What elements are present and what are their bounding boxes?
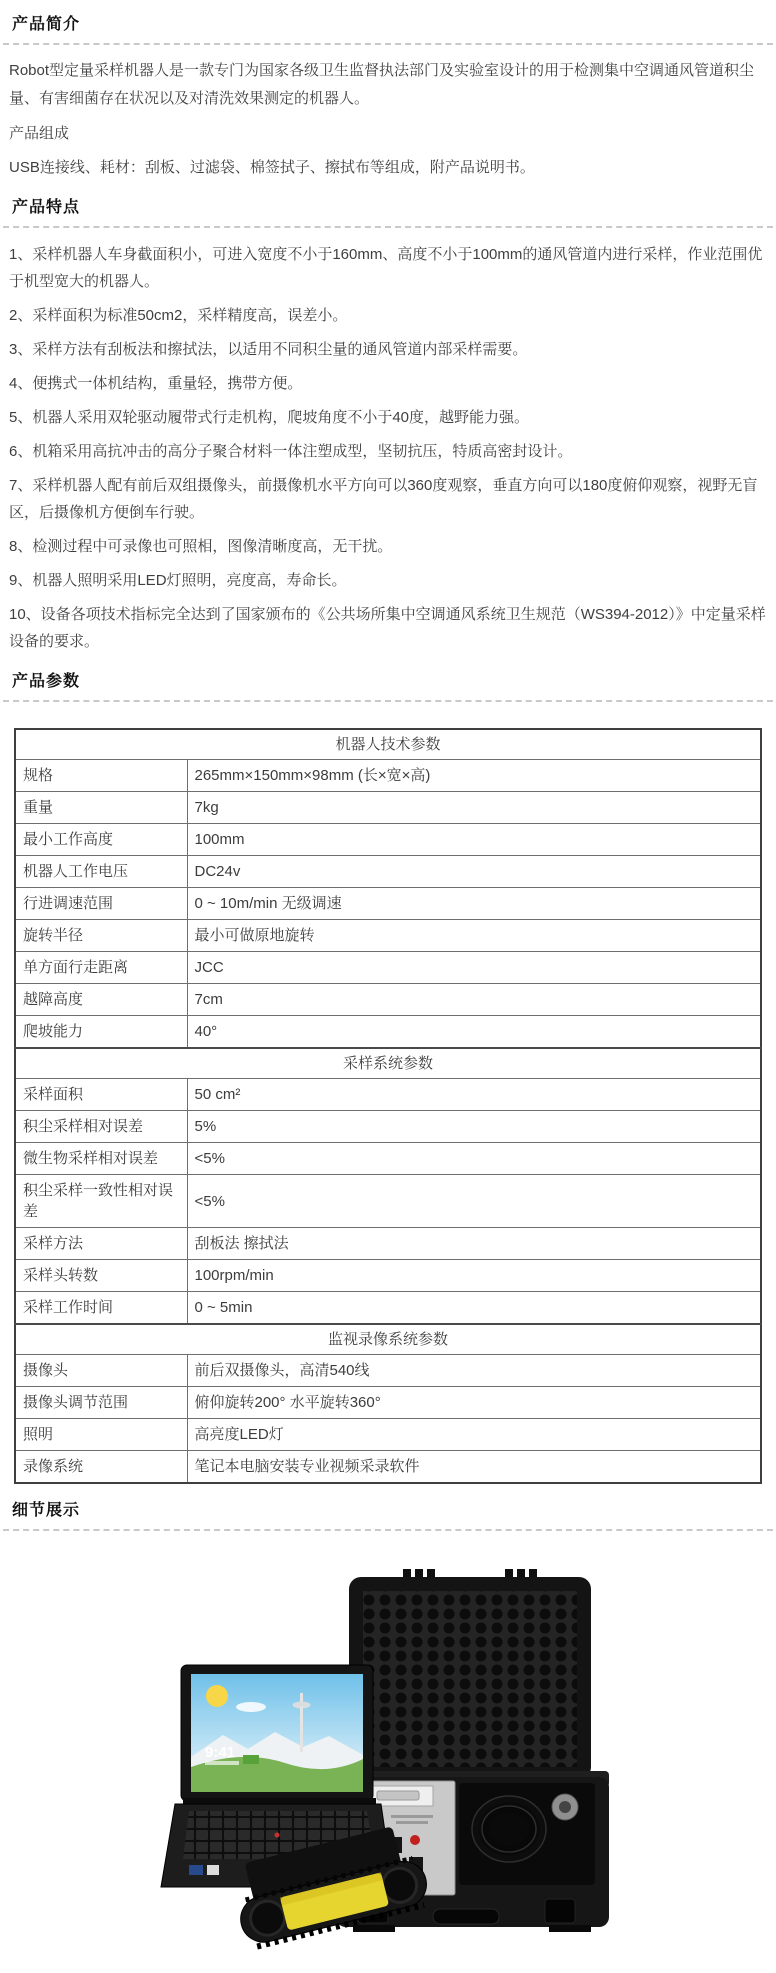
param-label-cell: 录像系统: [15, 1451, 187, 1484]
intro-title: 产品简介: [12, 0, 764, 36]
param-label-cell: 行进调速范围: [15, 888, 187, 920]
param-label-cell: 采样工作时间: [15, 1292, 187, 1325]
table-row: 机器人工作电压 DC24v: [15, 856, 761, 888]
cable-connector: [552, 1794, 578, 1820]
section-features: 产品特点 1、采样机器人车身截面积小，可进入宽度不小于160mm、高度不小于10…: [0, 181, 776, 655]
param-value-cell: 笔记本电脑安装专业视频采录软件: [187, 1451, 761, 1484]
feature-item: 7、采样机器人配有前后双组摄像头，前摄像机水平方向可以360度观察，垂直方向可以…: [9, 472, 767, 526]
table-row: 采样面积 50 cm²: [15, 1079, 761, 1111]
param-label-cell: 机器人工作电压: [15, 856, 187, 888]
param-value-cell: 7kg: [187, 792, 761, 824]
foam-padding: [363, 1591, 577, 1767]
param-value-cell: <5%: [187, 1143, 761, 1175]
param-label-cell: 爬坡能力: [15, 1016, 187, 1049]
feature-item: 1、采样机器人车身截面积小，可进入宽度不小于160mm、高度不小于100mm的通…: [9, 241, 767, 295]
param-value-cell: 0 ~ 5min: [187, 1292, 761, 1325]
features-title: 产品特点: [12, 181, 764, 219]
param-value-cell: 高亮度LED灯: [187, 1419, 761, 1451]
param-label-cell: 摄像头调节范围: [15, 1387, 187, 1419]
param-value-cell: 265mm×150mm×98mm (长×宽×高): [187, 760, 761, 792]
laptop-screen-time: 9:41: [205, 1744, 235, 1761]
param-value-cell: 50 cm²: [187, 1079, 761, 1111]
section-details: 细节展示: [0, 1484, 776, 1973]
param-label-cell: 采样头转数: [15, 1260, 187, 1292]
intro-paragraph: Robot型定量采样机器人是一款专门为国家各级卫生监督执法部门及实验室设计的用于…: [9, 57, 767, 113]
param-value-cell: 100mm: [187, 824, 761, 856]
feature-item: 5、机器人采用双轮驱动履带式行走机构，爬坡角度不小于40度，越野能力强。: [9, 404, 767, 431]
param-label-cell: 照明: [15, 1419, 187, 1451]
laptop-screen: 9:41: [191, 1674, 363, 1792]
table-row: 单方面行走距离 JCC: [15, 952, 761, 984]
param-value-cell: DC24v: [187, 856, 761, 888]
param-label-cell: 采样方法: [15, 1228, 187, 1260]
table-group-header: 采样系统参数: [15, 1048, 761, 1079]
table-row: 爬坡能力 40°: [15, 1016, 761, 1049]
param-label-cell: 旋转半径: [15, 920, 187, 952]
table-group-header-row: 采样系统参数: [15, 1048, 761, 1079]
param-value-cell: 前后双摄像头，高清540线: [187, 1355, 761, 1387]
divider: [3, 226, 773, 228]
product-photo: 9:41: [153, 1565, 623, 1973]
param-value-cell: 最小可做原地旋转: [187, 920, 761, 952]
table-row: 采样头转数 100rpm/min: [15, 1260, 761, 1292]
table-row: 行进调速范围 0 ~ 10m/min 无级调速: [15, 888, 761, 920]
red-button: [410, 1835, 420, 1845]
param-label-cell: 积尘采样相对误差: [15, 1111, 187, 1143]
param-value-cell: 0 ~ 10m/min 无级调速: [187, 888, 761, 920]
param-value-cell: 40°: [187, 1016, 761, 1049]
parameters-table: 机器人技术参数 规格 265mm×150mm×98mm (长×宽×高) 重量 7…: [14, 728, 762, 1484]
table-group-header-row: 监视录像系统参数: [15, 1324, 761, 1355]
param-label-cell: 微生物采样相对误差: [15, 1143, 187, 1175]
param-value-cell: 俯仰旋转200° 水平旋转360°: [187, 1387, 761, 1419]
product-photo-illustration: 9:41: [153, 1565, 623, 1973]
table-group-header-row: 机器人技术参数: [15, 729, 761, 760]
table-row: 采样方法 刮板法 擦拭法: [15, 1228, 761, 1260]
param-label-cell: 采样面积: [15, 1079, 187, 1111]
table-row: 积尘采样相对误差 5%: [15, 1111, 761, 1143]
param-value-cell: 刮板法 擦拭法: [187, 1228, 761, 1260]
param-label-cell: 规格: [15, 760, 187, 792]
feature-item: 9、机器人照明采用LED灯照明，亮度高，寿命长。: [9, 567, 767, 594]
table-row: 规格 265mm×150mm×98mm (长×宽×高): [15, 760, 761, 792]
feature-item: 3、采样方法有刮板法和擦拭法，以适用不同积尘量的通风管道内部采样需要。: [9, 336, 767, 363]
divider: [3, 1529, 773, 1531]
feature-item: 10、设备各项技术指标完全达到了国家颁布的《公共场所集中空调通风系统卫生规范（W…: [9, 601, 767, 655]
param-value-cell: 100rpm/min: [187, 1260, 761, 1292]
feature-item: 2、采样面积为标准50cm2，采样精度高，误差小。: [9, 302, 767, 329]
table-row: 重量 7kg: [15, 792, 761, 824]
case-handle: [433, 1909, 499, 1924]
feature-item: 6、机箱采用高抗冲击的高分子聚合材料一体注塑成型，坚韧抗压，特质高密封设计。: [9, 438, 767, 465]
sun: [206, 1685, 228, 1707]
table-row: 摄像头调节范围 俯仰旋转200° 水平旋转360°: [15, 1387, 761, 1419]
table-group-header: 监视录像系统参数: [15, 1324, 761, 1355]
param-label-cell: 积尘采样一致性相对误差: [15, 1175, 187, 1228]
case-latch: [545, 1899, 575, 1923]
section-parameters: 产品参数 机器人技术参数 规格 265mm×150mm×98mm (长×宽×高)…: [0, 655, 776, 1484]
divider: [3, 700, 773, 702]
table-row: 采样工作时间 0 ~ 5min: [15, 1292, 761, 1325]
table-row: 录像系统 笔记本电脑安装专业视频采录软件: [15, 1451, 761, 1484]
table-group-header: 机器人技术参数: [15, 729, 761, 760]
table-row: 积尘采样一致性相对误差 <5%: [15, 1175, 761, 1228]
table-row: 微生物采样相对误差 <5%: [15, 1143, 761, 1175]
table-row: 越障高度 7cm: [15, 984, 761, 1016]
param-label-cell: 单方面行走距离: [15, 952, 187, 984]
trackpoint: [275, 1833, 280, 1838]
param-label-cell: 重量: [15, 792, 187, 824]
param-label-cell: 越障高度: [15, 984, 187, 1016]
table-row: 旋转半径 最小可做原地旋转: [15, 920, 761, 952]
table-row: 照明 高亮度LED灯: [15, 1419, 761, 1451]
parameters-title: 产品参数: [12, 655, 764, 693]
intro-composition: USB连接线、耗材：刮板、过滤袋、棉签拭子、擦拭布等组成，附产品说明书。: [9, 154, 767, 181]
feature-item: 4、便携式一体机结构，重量轻，携带方便。: [9, 370, 767, 397]
feature-item: 8、检测过程中可录像也可照相，图像清晰度高，无干扰。: [9, 533, 767, 560]
param-value-cell: 7cm: [187, 984, 761, 1016]
intro-subtitle: 产品组成: [9, 120, 767, 147]
param-value-cell: JCC: [187, 952, 761, 984]
param-label-cell: 摄像头: [15, 1355, 187, 1387]
tower: [300, 1706, 303, 1752]
table-row: 最小工作高度 100mm: [15, 824, 761, 856]
case-lid: [349, 1569, 591, 1779]
divider: [3, 43, 773, 45]
table-row: 摄像头 前后双摄像头，高清540线: [15, 1355, 761, 1387]
details-title: 细节展示: [12, 1484, 764, 1522]
param-value-cell: 5%: [187, 1111, 761, 1143]
section-intro: 产品简介 Robot型定量采样机器人是一款专门为国家各级卫生监督执法部门及实验室…: [0, 0, 776, 181]
param-value-cell: <5%: [187, 1175, 761, 1228]
param-label-cell: 最小工作高度: [15, 824, 187, 856]
